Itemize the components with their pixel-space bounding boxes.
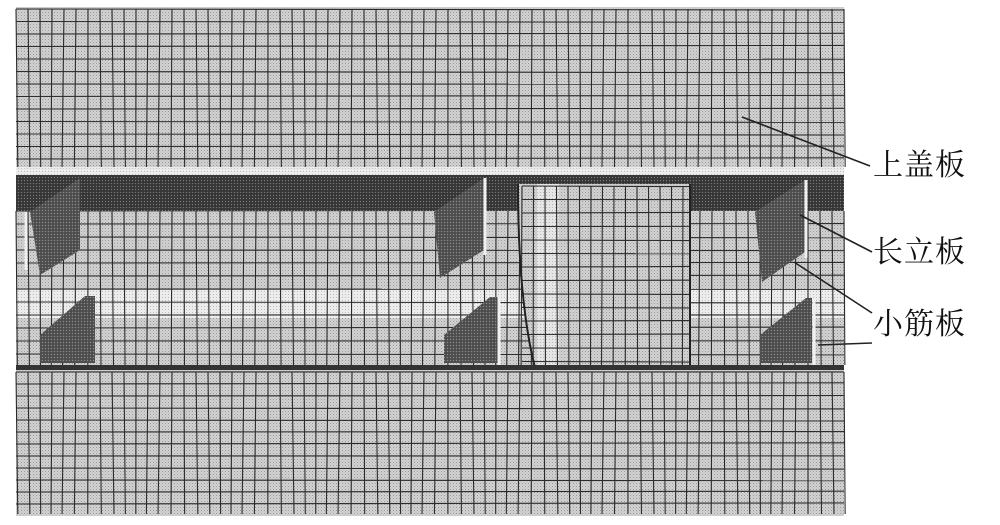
- fem-mesh-diagram: [0, 0, 1000, 525]
- top-cover-plate-mesh: [16, 7, 845, 169]
- central-cylinder: [518, 184, 690, 368]
- long-vertical-plate-beam: [16, 175, 844, 211]
- bottom-plate-mesh: [16, 365, 845, 516]
- label-small-rib-plate: 小筋板: [873, 310, 966, 340]
- label-top-cover-plate: 上盖板: [873, 151, 966, 181]
- label-long-vertical-plate: 长立板: [873, 238, 966, 268]
- seam-strip: [16, 167, 844, 175]
